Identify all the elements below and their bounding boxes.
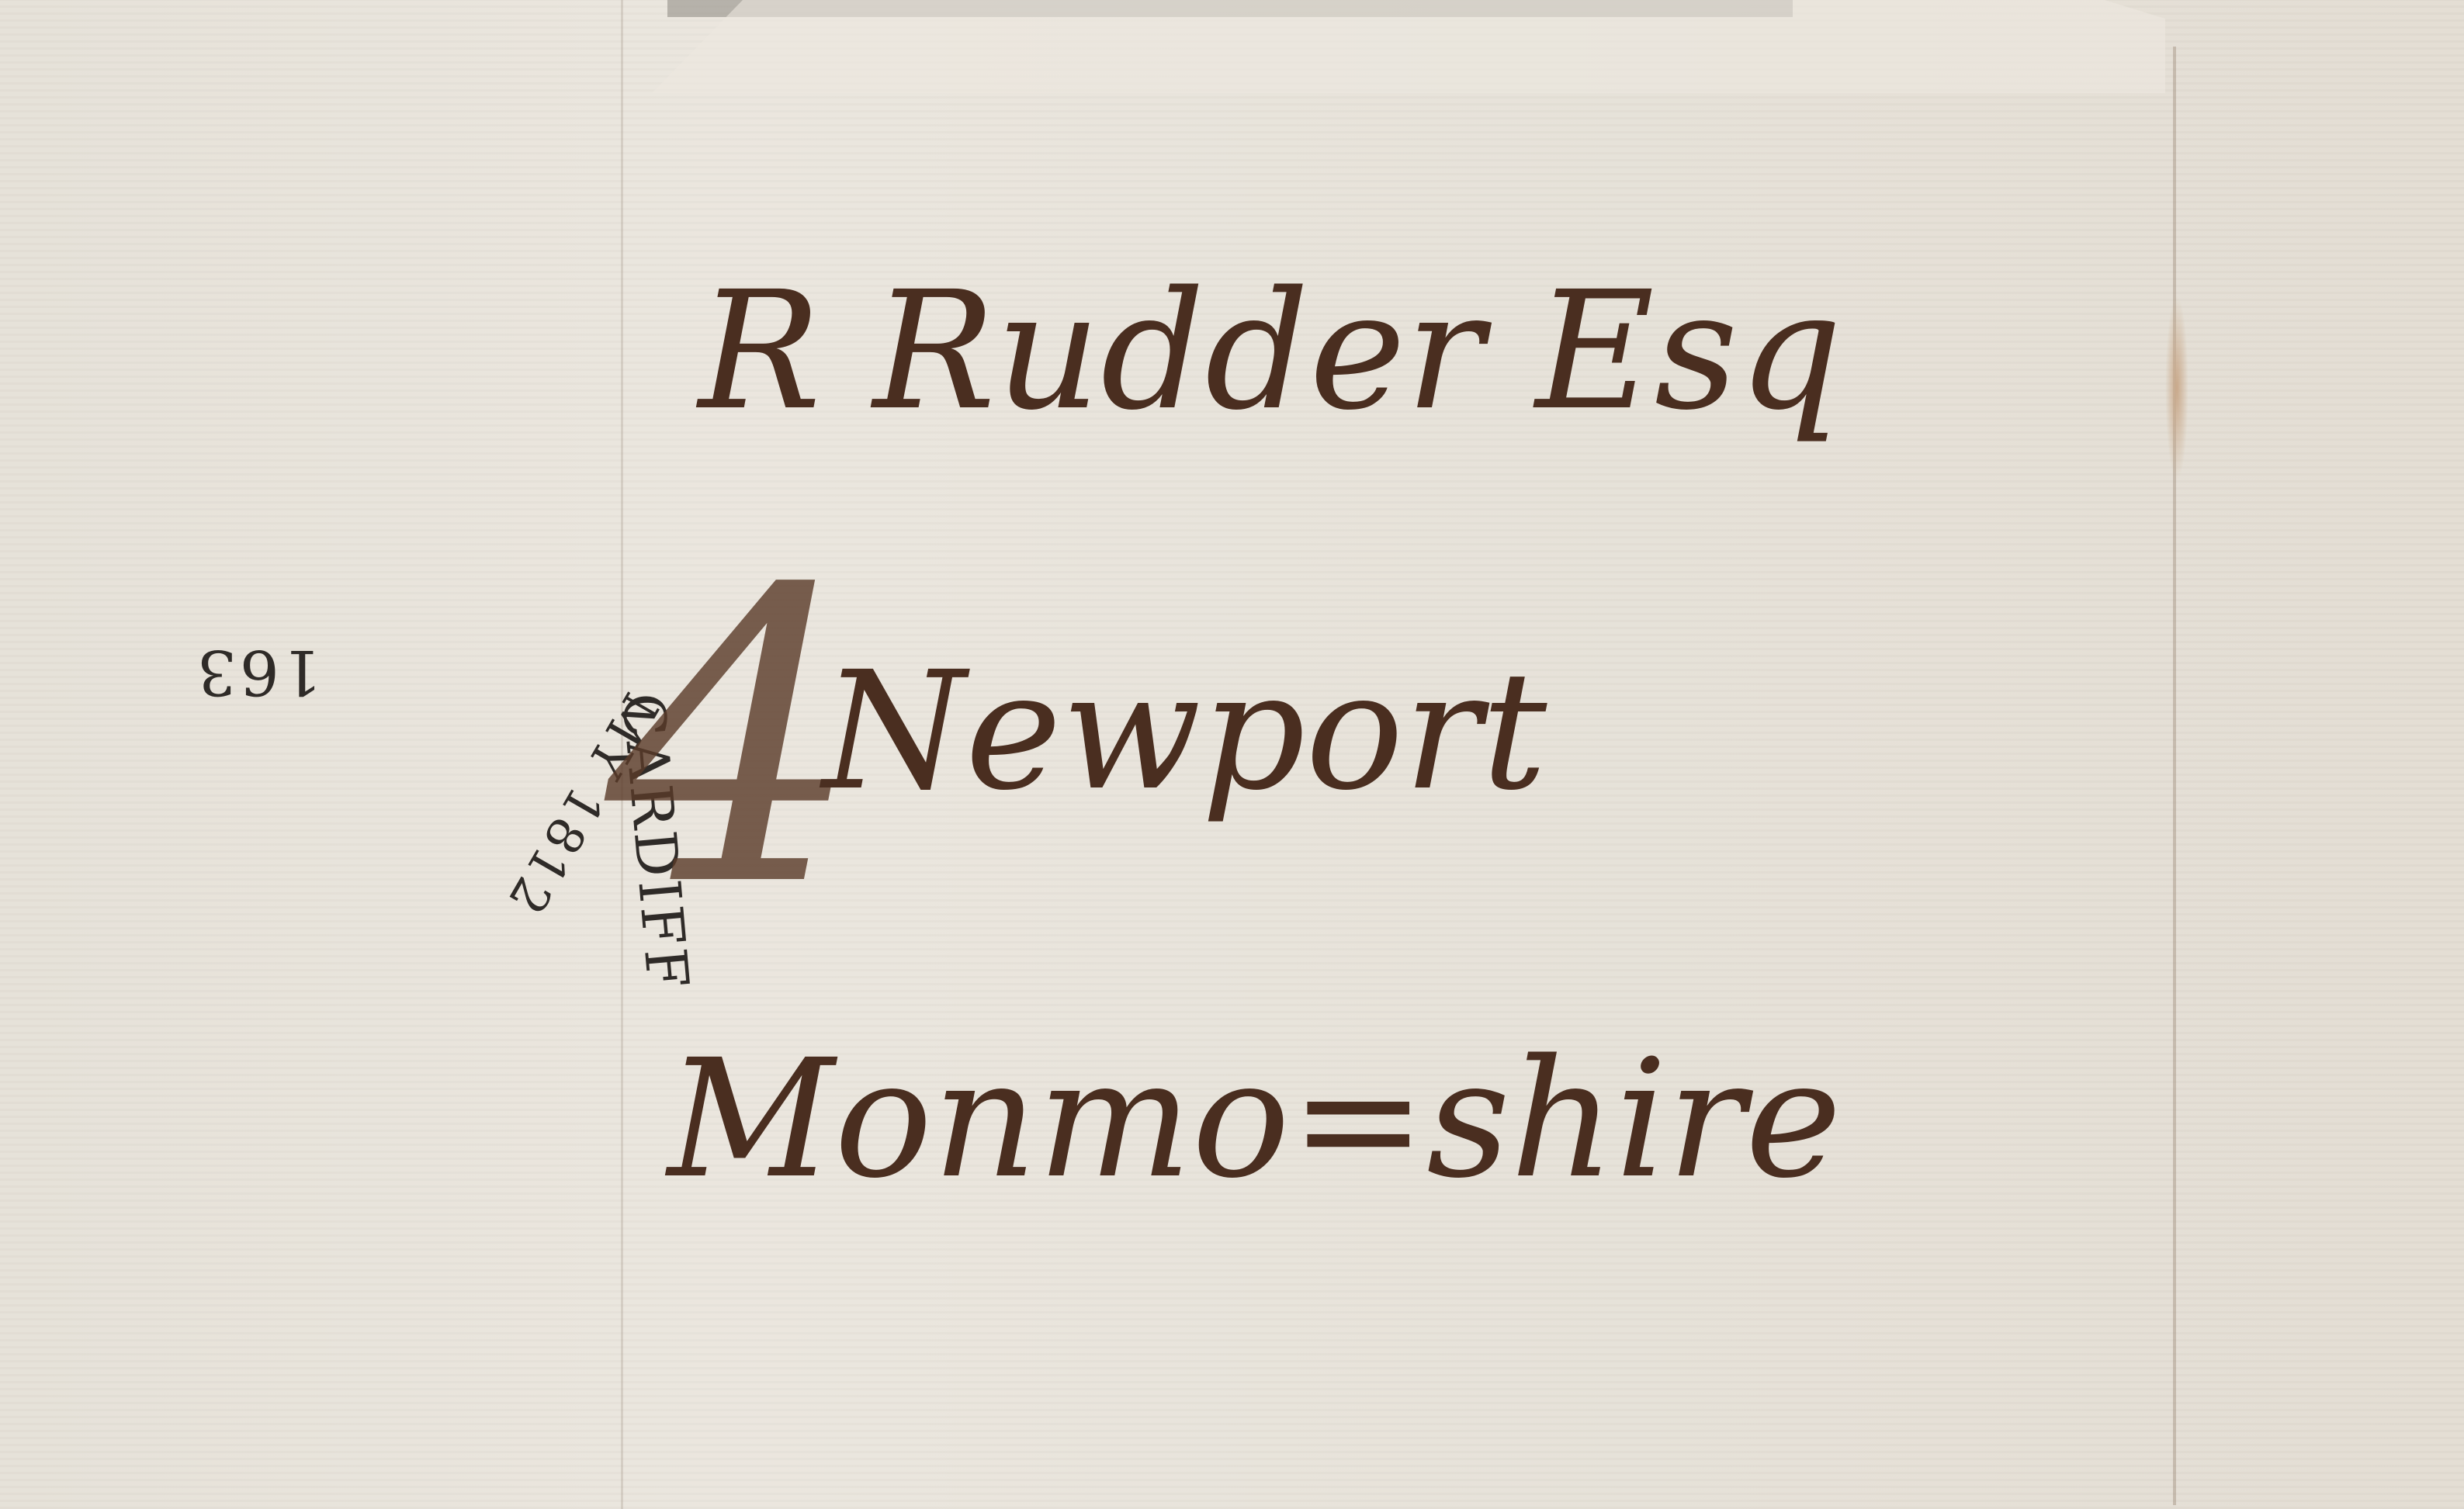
fold-line-right xyxy=(2173,47,2176,1505)
address-line-name: R Rudder Esq xyxy=(698,256,1842,446)
wax-stain xyxy=(2165,295,2188,481)
address-line-county: Monmo=shire xyxy=(667,1024,1842,1214)
address-line-town: Newport xyxy=(823,636,1547,826)
postmark-mileage: 163 xyxy=(194,636,322,708)
envelope-flap xyxy=(652,0,2165,93)
